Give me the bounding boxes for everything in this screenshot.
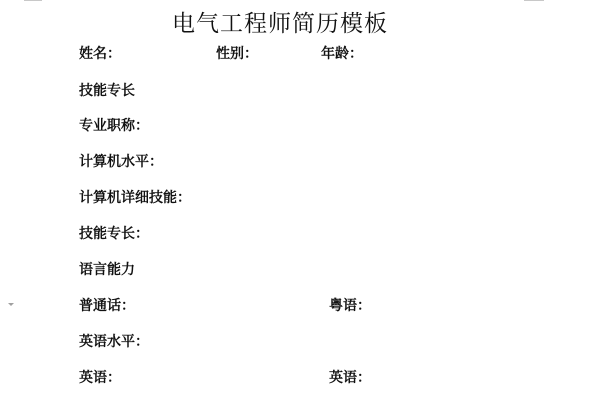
page-corner-mark-left [24, 0, 42, 1]
skills-label: 技能专长： [79, 226, 149, 242]
english-label-right: 英语： [329, 370, 371, 386]
computer-level-label: 计算机水平： [79, 154, 163, 170]
name-label: 姓名： [79, 46, 121, 62]
english-label-left: 英语： [79, 370, 121, 386]
gender-label: 性别： [216, 46, 258, 62]
professional-title-label: 专业职称： [79, 118, 149, 134]
page-corner-mark-right [524, 0, 544, 1]
computer-skills-label: 计算机详细技能： [79, 190, 191, 206]
collapse-arrow-icon[interactable] [8, 303, 14, 306]
document-title: 电气工程师简历模板 [172, 5, 388, 38]
age-label: 年龄： [321, 46, 363, 62]
mandarin-label: 普通话： [79, 298, 135, 314]
english-level-label: 英语水平： [79, 334, 149, 350]
skills-heading: 技能专长 [79, 83, 135, 99]
cantonese-label: 粤语： [329, 298, 371, 314]
language-heading: 语言能力 [79, 262, 135, 278]
